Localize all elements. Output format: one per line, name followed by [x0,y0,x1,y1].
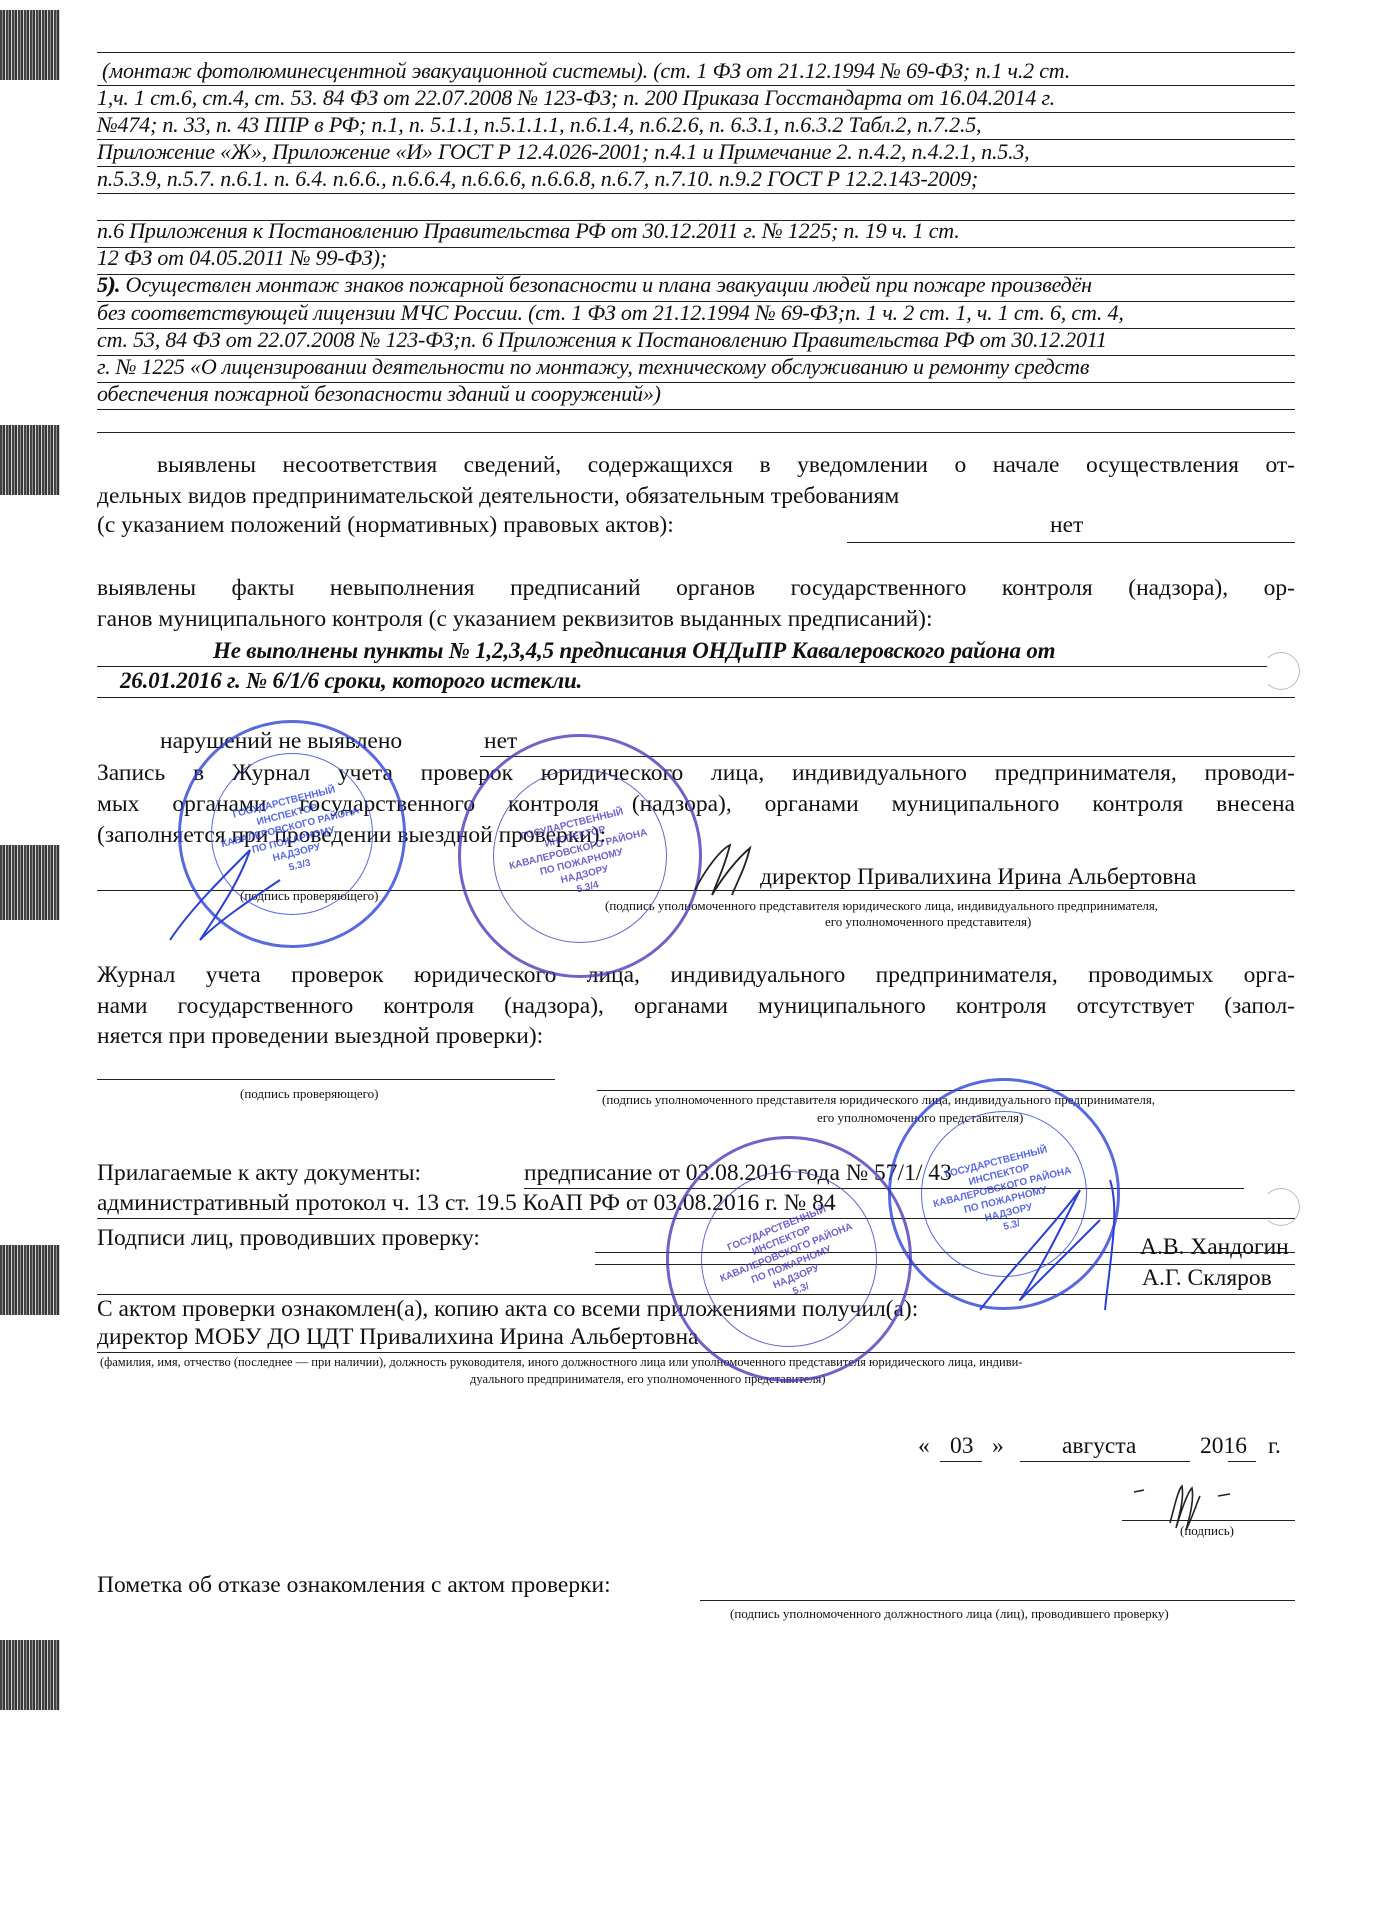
violation-line: без соответствующей лицензии МЧС России.… [97,300,1124,326]
acknowledgement-value: директор МОБУ ДО ЦДТ Привалихина Ирина А… [97,1324,698,1351]
paragraph-line: выявлены факты невыполнения предписаний … [97,575,1295,602]
orders-value-line: 26.01.2016 г. № 6/1/6 сроки, которого ис… [120,668,582,694]
caption-inspector-signature: (подпись проверяющего) [240,1086,379,1102]
orders-value-line: Не выполнены пункты № 1,2,3,4,5 предписа… [213,638,1055,664]
scan-artifact [0,845,60,920]
paragraph-line: дельных видов предпринимательской деятел… [97,483,899,510]
date-month: августа [1062,1433,1136,1460]
paragraph-line: выявлены несоответствия сведений, содерж… [97,452,1295,479]
date-suffix: г. [1268,1433,1281,1460]
caption-representative-signature: его уполномоченного представителя) [825,914,1031,930]
paragraph-line: няется при проведении выездной проверки)… [97,1023,543,1050]
refusal-label: Пометка об отказе ознакомления с актом п… [97,1572,611,1599]
paragraph-line: ганов муниципального контроля (с указани… [97,606,933,633]
inspector-signature [160,840,310,950]
scan-artifact [0,10,60,80]
acknowledgement-caption: (фамилия, имя, отчество (последнее — при… [100,1355,1022,1370]
date-close-quote: » [992,1433,1004,1460]
inspector-signature [960,1170,1140,1320]
date-open-quote: « [918,1433,930,1460]
signature-line [1122,1520,1295,1521]
violation-line: №474; п. 33, п. 43 ППР в РФ; п.1, п. 5.1… [97,112,981,138]
date-year: 2016 [1200,1433,1247,1460]
scan-artifact [0,1640,60,1710]
no-violations-value: нет [484,728,517,755]
official-stamp: ГОСУДАРСТВЕННЫЙ ИНСПЕКТОР КАВАЛЕРОВСКОГО… [458,734,702,978]
inspector-name: А.Г. Скляров [1142,1265,1272,1292]
violation-line: п.5.3.9, п.5.7. п.6.1. п. 6.4. п.6.6., п… [97,166,978,192]
violation-line: 12 ФЗ от 04.05.2011 № 99-ФЗ); [97,245,387,271]
representative-name: директор Привалихина Ирина Альбертовна [760,864,1196,891]
punch-hole [1262,1188,1300,1226]
signature-caption: (подпись) [1180,1523,1234,1539]
violation-line: 5). Осуществлен монтаж знаков пожарной б… [97,272,1092,298]
date-day: 03 [950,1433,974,1460]
violation-line: обеспечения пожарной безопасности зданий… [97,381,661,407]
violation-line: г. № 1225 «О лицензировании деятельности… [97,354,1089,380]
notice-mismatch-value: нет [1050,512,1083,539]
official-stamp: ГОСУДАРСТВЕННЫЙ ИНСПЕКТОР КАВАЛЕРОВСКОГО… [666,1136,912,1382]
scan-artifact [0,1245,60,1315]
representative-signature [690,840,770,900]
inspectors-label: Подписи лиц, проводивших проверку: [97,1225,480,1252]
paragraph-line: Журнал учета проверок юридического лица,… [97,962,1295,989]
attachments-label: Прилагаемые к акту документы: [97,1160,421,1187]
violation-line: п.6 Приложения к Постановлению Правитель… [97,218,960,244]
scan-artifact [0,425,60,495]
violation-line: 1,ч. 1 ст.6, ст.4, ст. 53. 84 ФЗ от 22.0… [97,85,1055,111]
punch-hole [1262,652,1300,690]
violation-line: ст. 53, 84 ФЗ от 22.07.2008 № 123-ФЗ;п. … [97,327,1107,353]
violation-line: (монтаж фотолюминесцентной эвакуационной… [102,58,1070,84]
inspector-name: А.В. Хандогин [1140,1234,1289,1261]
paragraph-line: (с указанием положений (нормативных) пра… [97,512,674,539]
refusal-caption: (подпись уполномоченного должностного ли… [730,1606,1169,1622]
violation-line: Приложение «Ж», Приложение «И» ГОСТ Р 12… [97,139,1029,165]
paragraph-line: нами государственного контроля (надзора)… [97,993,1295,1020]
